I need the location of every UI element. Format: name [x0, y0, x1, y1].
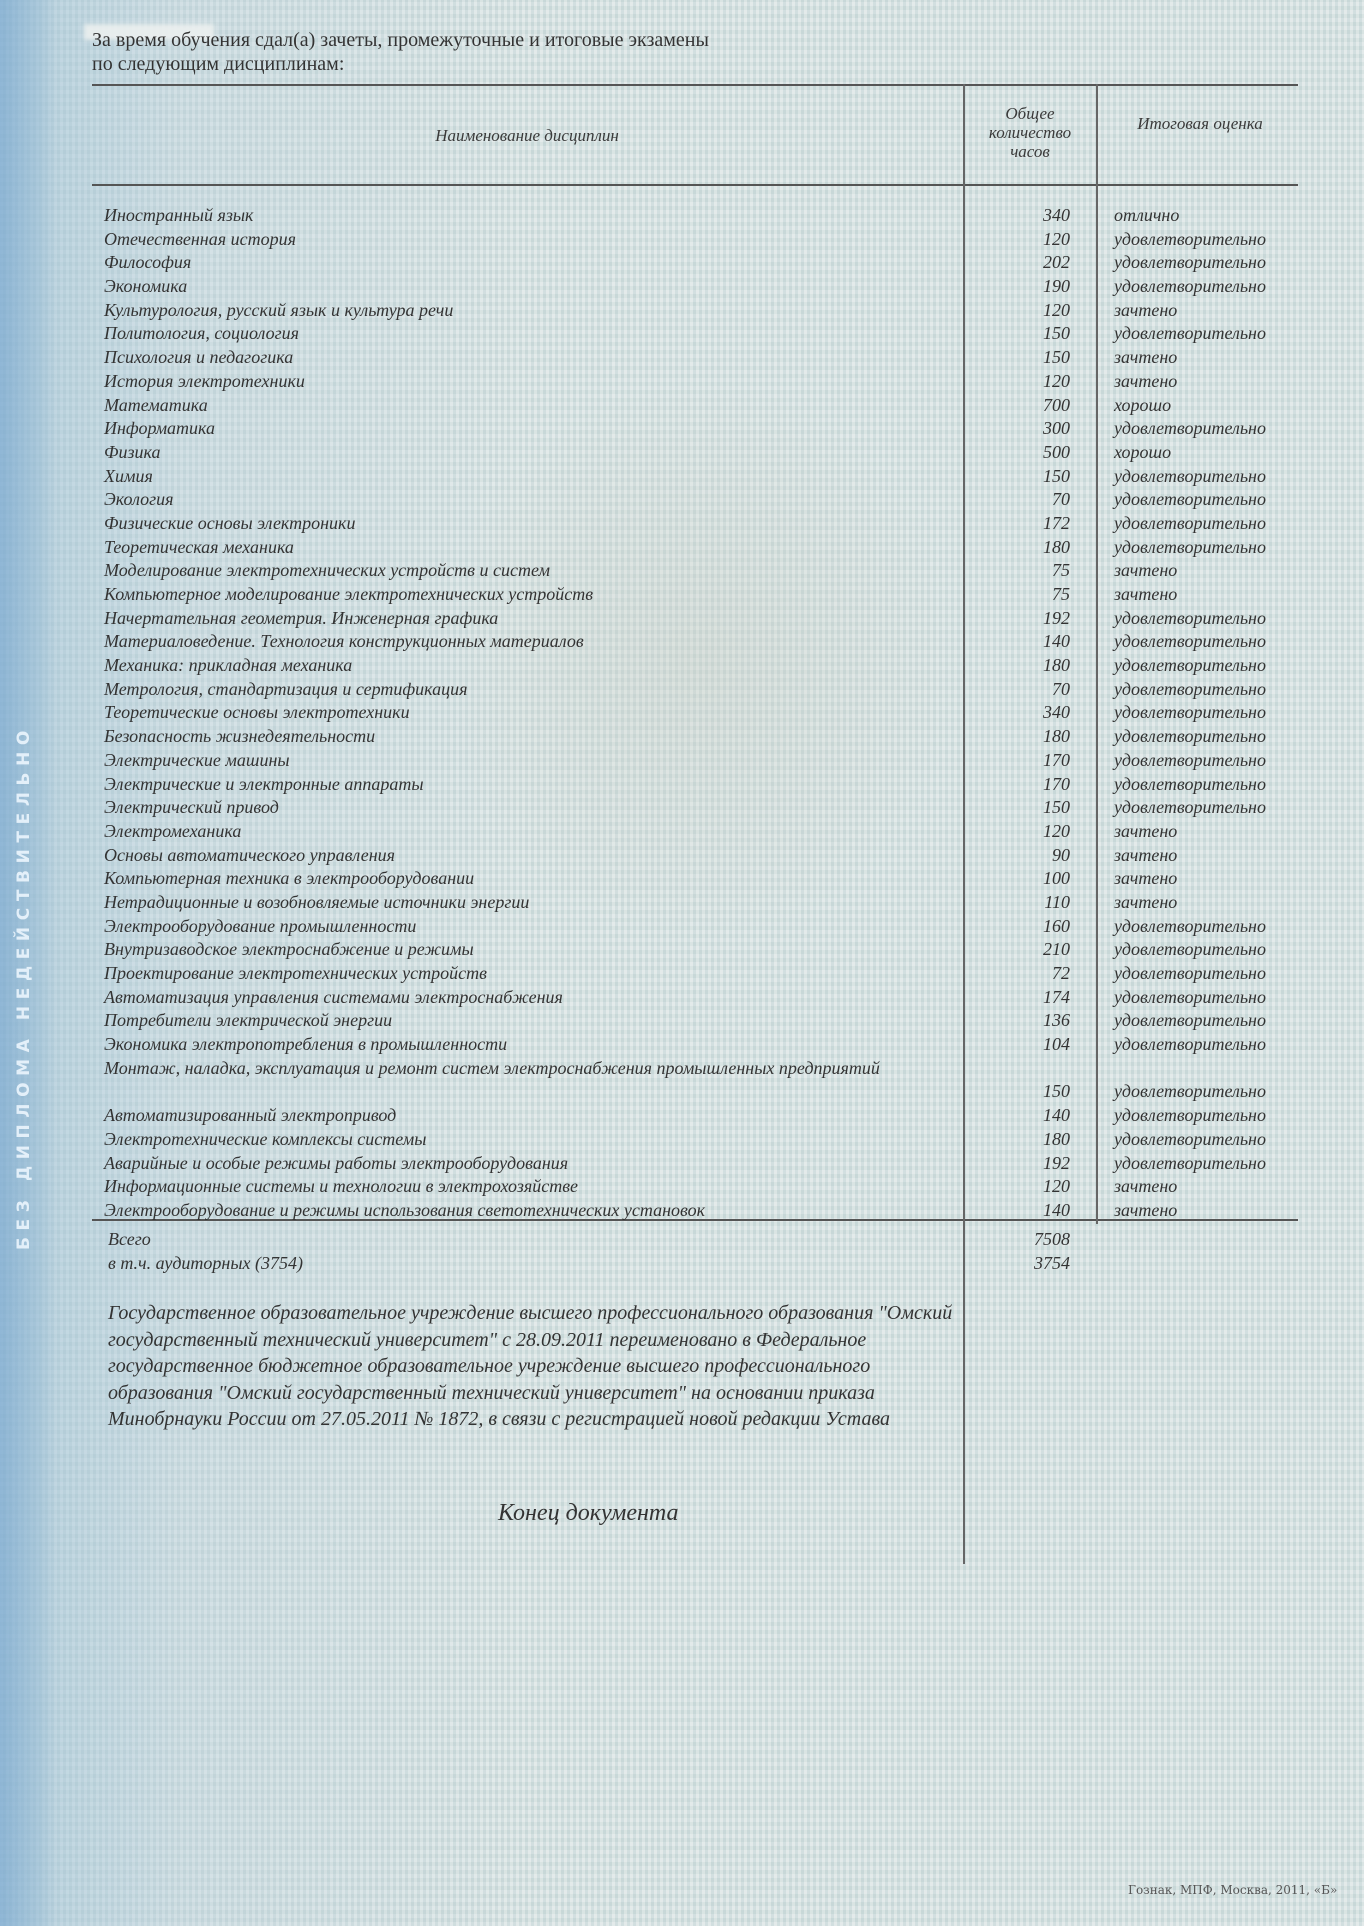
discipline-grade: зачтено — [1114, 1199, 1177, 1223]
discipline-name: Автоматизированный электропривод — [104, 1104, 984, 1128]
discipline-name: Культурология, русский язык и культура р… — [104, 299, 984, 323]
table-row: Начертательная геометрия. Инженерная гра… — [92, 607, 1302, 631]
discipline-hours: 202 — [982, 251, 1070, 275]
table-row: Теоретическая механика180удовлетворитель… — [92, 536, 1302, 560]
discipline-hours: 120 — [982, 370, 1070, 394]
totals-label: в т.ч. аудиторных (3754) — [108, 1252, 988, 1276]
table-row: Физические основы электроники172удовлетв… — [92, 512, 1302, 536]
discipline-name: Экономика электропотребления в промышлен… — [104, 1033, 984, 1057]
discipline-hours: 110 — [982, 891, 1070, 915]
discipline-grade: удовлетворительно — [1114, 962, 1266, 986]
discipline-hours: 150 — [982, 346, 1070, 370]
discipline-name: Автоматизация управления системами элект… — [104, 986, 984, 1010]
discipline-name: Математика — [104, 394, 984, 418]
totals-row: Всего7508 — [92, 1228, 1302, 1252]
discipline-hours: 700 — [982, 394, 1070, 418]
discipline-name: Психология и педагогика — [104, 346, 984, 370]
intro-line-1: За время обучения сдал(а) зачеты, промеж… — [92, 28, 972, 52]
table-row: Компьютерное моделирование электротехнич… — [92, 583, 1302, 607]
discipline-hours: 140 — [982, 1199, 1070, 1223]
table-row: Автоматизация управления системами элект… — [92, 986, 1302, 1010]
discipline-hours: 150 — [982, 796, 1070, 820]
discipline-grade: удовлетворительно — [1114, 1009, 1266, 1033]
header-grade: Итоговая оценка — [1110, 114, 1290, 133]
table-row: Информатика300удовлетворительно — [92, 417, 1302, 441]
totals-section: Всего7508в т.ч. аудиторных (3754)3754 — [92, 1228, 1302, 1275]
discipline-grade: удовлетворительно — [1114, 654, 1266, 678]
discipline-grade: удовлетворительно — [1114, 228, 1266, 252]
discipline-grade: удовлетворительно — [1114, 322, 1266, 346]
table-row: Информационные системы и технологии в эл… — [92, 1175, 1302, 1199]
discipline-grade: зачтено — [1114, 583, 1177, 607]
discipline-name: Компьютерная техника в электрооборудован… — [104, 867, 984, 891]
discipline-hours: 170 — [982, 773, 1070, 797]
discipline-hours: 150 — [982, 465, 1070, 489]
table-row: Культурология, русский язык и культура р… — [92, 299, 1302, 323]
discipline-hours: 192 — [982, 1152, 1070, 1176]
discipline-name: Начертательная геометрия. Инженерная гра… — [104, 607, 984, 631]
table-row: Теоретические основы электротехники340уд… — [92, 701, 1302, 725]
discipline-hours: 120 — [982, 1175, 1070, 1199]
intro-text: За время обучения сдал(а) зачеты, промеж… — [92, 28, 972, 76]
discipline-name: Метрология, стандартизация и сертификаци… — [104, 678, 984, 702]
header-discipline: Наименование дисциплин — [92, 126, 962, 145]
totals-hours: 3754 — [982, 1252, 1070, 1276]
table-row: Проектирование электротехнических устрой… — [92, 962, 1302, 986]
discipline-name: Электрические и электронные аппараты — [104, 773, 984, 797]
discipline-name: Проектирование электротехнических устрой… — [104, 962, 984, 986]
table-row: Электротехнические комплексы системы180у… — [92, 1128, 1302, 1152]
discipline-grade: удовлетворительно — [1114, 986, 1266, 1010]
discipline-grade: удовлетворительно — [1114, 1128, 1266, 1152]
table-row: Основы автоматического управления90зачте… — [92, 844, 1302, 868]
discipline-hours: 300 — [982, 417, 1070, 441]
discipline-name: Внутризаводское электроснабжение и режим… — [104, 938, 984, 962]
discipline-grade: зачтено — [1114, 867, 1177, 891]
discipline-name: Иностранный язык — [104, 204, 984, 228]
discipline-grade: зачтено — [1114, 844, 1177, 868]
discipline-grade: удовлетворительно — [1114, 536, 1266, 560]
discipline-name: Механика: прикладная механика — [104, 654, 984, 678]
discipline-grade: отлично — [1114, 204, 1179, 228]
renaming-note: Государственное образовательное учрежден… — [108, 1300, 968, 1433]
table-row: Экология70удовлетворительно — [92, 488, 1302, 512]
end-of-document-label: Конец документа — [498, 1500, 679, 1527]
discipline-grade: зачтено — [1114, 891, 1177, 915]
discipline-grade: удовлетворительно — [1114, 701, 1266, 725]
discipline-name: Экономика — [104, 275, 984, 299]
discipline-grade: хорошо — [1114, 394, 1171, 418]
totals-row: в т.ч. аудиторных (3754)3754 — [92, 1252, 1302, 1276]
table-row: Политология, социология150удовлетворител… — [92, 322, 1302, 346]
discipline-name: Информатика — [104, 417, 984, 441]
table-row: Моделирование электротехнических устройс… — [92, 559, 1302, 583]
discipline-hours: 150 — [982, 322, 1070, 346]
discipline-grade: удовлетворительно — [1114, 678, 1266, 702]
discipline-name: Философия — [104, 251, 984, 275]
discipline-hours: 172 — [982, 512, 1070, 536]
table-row: Отечественная история120удовлетворительн… — [92, 228, 1302, 252]
discipline-hours: 120 — [982, 299, 1070, 323]
discipline-grade: зачтено — [1114, 1175, 1177, 1199]
table-row: Внутризаводское электроснабжение и режим… — [92, 938, 1302, 962]
discipline-name: Основы автоматического управления — [104, 844, 984, 868]
discipline-grade: удовлетворительно — [1114, 1080, 1266, 1104]
discipline-grade: удовлетворительно — [1114, 749, 1266, 773]
totals-hours: 7508 — [982, 1228, 1070, 1252]
discipline-hours: 104 — [982, 1033, 1070, 1057]
discipline-grade: удовлетворительно — [1114, 251, 1266, 275]
discipline-hours: 100 — [982, 867, 1070, 891]
discipline-grade: зачтено — [1114, 820, 1177, 844]
totals-label: Всего — [108, 1228, 988, 1252]
side-strip-text: БЕЗ ДИПЛОМА НЕДЕЙСТВИТЕЛЬНО — [14, 724, 34, 1250]
table-row: Экономика электропотребления в промышлен… — [92, 1033, 1302, 1057]
discipline-grade: удовлетворительно — [1114, 1033, 1266, 1057]
discipline-grade: удовлетворительно — [1114, 938, 1266, 962]
discipline-hours: 174 — [982, 986, 1070, 1010]
discipline-name: Электрические машины — [104, 749, 984, 773]
table-top-rule — [92, 84, 1298, 86]
discipline-name: Нетрадиционные и возобновляемые источник… — [104, 891, 984, 915]
discipline-hours: 190 — [982, 275, 1070, 299]
discipline-hours: 340 — [982, 701, 1070, 725]
table-row: Математика700хорошо — [92, 394, 1302, 418]
table-row: Электрические машины170удовлетворительно — [92, 749, 1302, 773]
table-row: Материаловедение. Технология конструкцио… — [92, 630, 1302, 654]
discipline-grade: удовлетворительно — [1114, 796, 1266, 820]
table-row: Электрический привод150удовлетворительно — [92, 796, 1302, 820]
table-row: Механика: прикладная механика180удовлетв… — [92, 654, 1302, 678]
table-row: Безопасность жизнедеятельности180удовлет… — [92, 725, 1302, 749]
table-row: Автоматизированный электропривод140удовл… — [92, 1104, 1302, 1128]
table-row: Нетрадиционные и возобновляемые источник… — [92, 891, 1302, 915]
discipline-hours: 120 — [982, 228, 1070, 252]
discipline-name: Политология, социология — [104, 322, 984, 346]
discipline-grade: удовлетворительно — [1114, 725, 1266, 749]
discipline-grade: удовлетворительно — [1114, 630, 1266, 654]
table-row: Экономика190удовлетворительно — [92, 275, 1302, 299]
discipline-name: Теоретическая механика — [104, 536, 984, 560]
table-row: Иностранный язык340отлично — [92, 204, 1302, 228]
discipline-hours: 160 — [982, 915, 1070, 939]
discipline-hours: 140 — [982, 630, 1070, 654]
discipline-grade: удовлетворительно — [1114, 1104, 1266, 1128]
discipline-hours: 120 — [982, 820, 1070, 844]
table-row: Метрология, стандартизация и сертификаци… — [92, 678, 1302, 702]
discipline-grade: удовлетворительно — [1114, 512, 1266, 536]
discipline-grade: удовлетворительно — [1114, 488, 1266, 512]
discipline-grade: зачтено — [1114, 299, 1177, 323]
discipline-hours: 72 — [982, 962, 1070, 986]
table-row: Философия202удовлетворительно — [92, 251, 1302, 275]
discipline-name: Физические основы электроники — [104, 512, 984, 536]
discipline-hours: 136 — [982, 1009, 1070, 1033]
discipline-hours: 192 — [982, 607, 1070, 631]
discipline-grade: удовлетворительно — [1114, 465, 1266, 489]
discipline-name: Электрооборудование и режимы использован… — [104, 1199, 984, 1223]
discipline-grade: удовлетворительно — [1114, 607, 1266, 631]
discipline-hours: 500 — [982, 441, 1070, 465]
discipline-name: Электромеханика — [104, 820, 984, 844]
discipline-hours: 75 — [982, 583, 1070, 607]
intro-line-2: по следующим дисциплинам: — [92, 52, 972, 76]
table-row: Психология и педагогика150зачтено — [92, 346, 1302, 370]
table-row: История электротехники120зачтено — [92, 370, 1302, 394]
discipline-hours: 70 — [982, 678, 1070, 702]
table-row: Физика500хорошо — [92, 441, 1302, 465]
discipline-hours: 180 — [982, 536, 1070, 560]
discipline-name: Материаловедение. Технология конструкцио… — [104, 630, 984, 654]
table-row: Потребители электрической энергии136удов… — [92, 1009, 1302, 1033]
discipline-hours: 180 — [982, 1128, 1070, 1152]
table-row: Электрооборудование промышленности160удо… — [92, 915, 1302, 939]
discipline-name: Электрооборудование промышленности — [104, 915, 984, 939]
table-row: Аварийные и особые режимы работы электро… — [92, 1152, 1302, 1176]
table-row: Химия150удовлетворительно — [92, 465, 1302, 489]
printer-imprint: Гознак, МПФ, Москва, 2011, «Б» — [1128, 1883, 1337, 1897]
discipline-hours: 140 — [982, 1104, 1070, 1128]
discipline-grade: зачтено — [1114, 559, 1177, 583]
discipline-grade: удовлетворительно — [1114, 275, 1266, 299]
discipline-hours: 180 — [982, 725, 1070, 749]
header-hours: Общее количество часов — [968, 104, 1092, 161]
table-row: Компьютерная техника в электрооборудован… — [92, 867, 1302, 891]
discipline-hours: 180 — [982, 654, 1070, 678]
discipline-name: Моделирование электротехнических устройс… — [104, 559, 984, 583]
header-bottom-rule — [92, 184, 1298, 186]
discipline-name: Электротехнические комплексы системы — [104, 1128, 984, 1152]
discipline-name: Аварийные и особые режимы работы электро… — [104, 1152, 984, 1176]
discipline-hours: 70 — [982, 488, 1070, 512]
discipline-name: Электрический привод — [104, 796, 984, 820]
table-row: Монтаж, наладка, эксплуатация и ремонт с… — [92, 1057, 1302, 1104]
discipline-hours: 90 — [982, 844, 1070, 868]
discipline-grade: удовлетворительно — [1114, 773, 1266, 797]
discipline-name: Теоретические основы электротехники — [104, 701, 984, 725]
discipline-grade: удовлетворительно — [1114, 915, 1266, 939]
discipline-name: Информационные системы и технологии в эл… — [104, 1175, 984, 1199]
discipline-name: Безопасность жизнедеятельности — [104, 725, 984, 749]
discipline-name: Монтаж, наладка, эксплуатация и ремонт с… — [104, 1057, 984, 1081]
discipline-grade: удовлетворительно — [1114, 1152, 1266, 1176]
discipline-name: Отечественная история — [104, 228, 984, 252]
discipline-grade: зачтено — [1114, 346, 1177, 370]
table-row: Электрооборудование и режимы использован… — [92, 1199, 1302, 1223]
discipline-hours: 170 — [982, 749, 1070, 773]
discipline-hours: 340 — [982, 204, 1070, 228]
discipline-hours: 210 — [982, 938, 1070, 962]
discipline-name: Физика — [104, 441, 984, 465]
table-row: Электрические и электронные аппараты170у… — [92, 773, 1302, 797]
discipline-hours: 75 — [982, 559, 1070, 583]
table-row: Электромеханика120зачтено — [92, 820, 1302, 844]
discipline-grade: зачтено — [1114, 370, 1177, 394]
discipline-name: История электротехники — [104, 370, 984, 394]
discipline-name: Компьютерное моделирование электротехнич… — [104, 583, 984, 607]
discipline-name: Химия — [104, 465, 984, 489]
discipline-grade: хорошо — [1114, 441, 1171, 465]
discipline-name: Потребители электрической энергии — [104, 1009, 984, 1033]
discipline-hours: 150 — [982, 1080, 1070, 1104]
disciplines-table-body: Иностранный язык340отличноОтечественная … — [92, 204, 1302, 1223]
discipline-grade: удовлетворительно — [1114, 417, 1266, 441]
discipline-name: Экология — [104, 488, 984, 512]
